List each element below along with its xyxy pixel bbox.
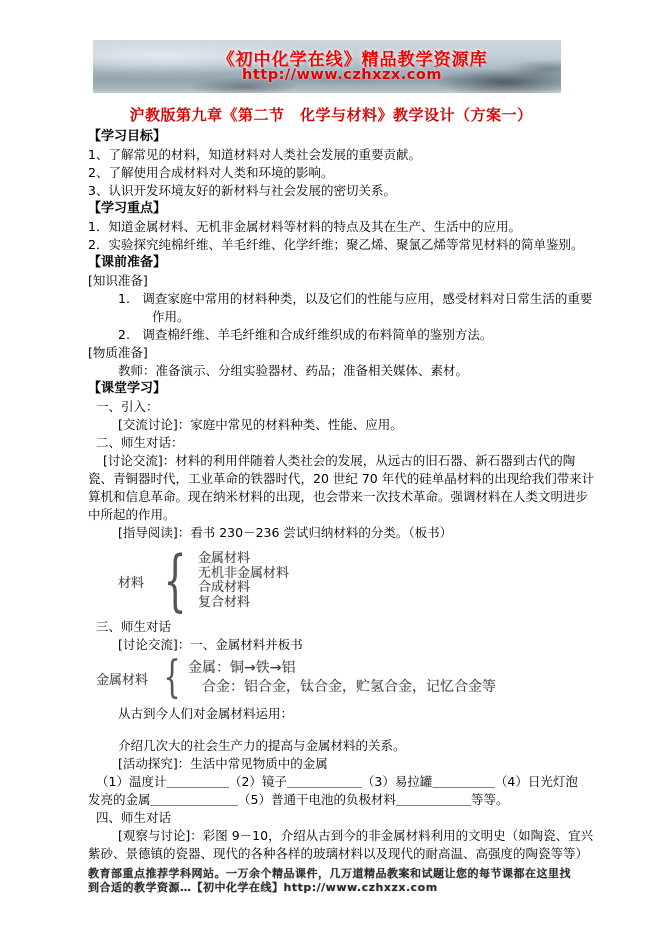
diagram-items: 金属：铜→铁→铝 合金：铝合金，钛合金，贮氢合金，记忆合金等 — [188, 659, 496, 697]
doc-line: 2、了解使用合成材料对人类和环境的影响。 — [88, 164, 574, 182]
subsection-material-prep: [物质准备] — [88, 344, 574, 362]
diagram-label: 金属材料 — [96, 669, 148, 688]
doc-line: [交流讨论]：家庭中常见的材料种类、性能、应用。 — [88, 416, 574, 434]
document-title: 沪教版第九章《第二节 化学与材料》教学设计（方案一） — [88, 104, 574, 125]
site-banner-image: 《初中化学在线》精品教学资源库 http://www.czhxzx.com — [93, 40, 561, 93]
doc-line: 1. 调查家庭中常用的材料种类，以及它们的性能与应用，感受材料对日常生活的重要 — [88, 290, 574, 308]
doc-line: [讨论交流]：材料的利用伴随着人类社会的发展，从远古的旧石器、新石器到古代的陶 — [88, 452, 574, 470]
section-header-learning-goals: 【学习目标】 — [88, 128, 574, 146]
metal-material-diagram: 金属材料 { 金属：铜→铁→铝 合金：铝合金，钛合金，贮氢合金，记忆合金等 — [96, 659, 574, 697]
watermark-footer-text: 教育部重点推荐学科网站。一万余个精品课件，几万道精品教案和试题让您的每节课都在这… — [88, 867, 574, 895]
doc-line: 四、师生对话 — [88, 809, 574, 827]
doc-line-fill-blanks: 发亮的金属＿＿＿＿＿＿＿（5）普通干电池的负极材料＿＿＿＿＿＿等等。 — [88, 791, 574, 809]
blank-line — [88, 723, 574, 737]
doc-line: 从古到今人们对金属材料运用： — [88, 705, 574, 723]
doc-line: 瓷、青铜器时代，工业革命的铁器时代，20 世纪 70 年代的硅单晶材料的出现给我… — [88, 470, 574, 488]
doc-line: [指导阅读]：看书 230－236 尝试归纳材料的分类。（板书） — [88, 524, 574, 542]
doc-line: 2. 调查棉纤维、羊毛纤维和合成纤维织成的布料简单的鉴别方法。 — [88, 326, 574, 344]
material-classification-diagram: 材料 { 金属材料 无机非金属材料 合成材料 复合材料 — [118, 552, 574, 610]
doc-line: 1．知道金属材料、无机非金属材料等材料的特点及其在生产、生活中的应用。 — [88, 218, 574, 236]
doc-line: 作用。 — [88, 308, 574, 326]
banner-site-url: http://www.czhxzx.com — [123, 67, 561, 83]
diagram-item: 合金：铝合金，钛合金，贮氢合金，记忆合金等 — [188, 678, 496, 697]
diagram-item: 复合材料 — [198, 596, 289, 611]
doc-line: 2．实验探究纯棉纤维、羊毛纤维、化学纤维；聚乙烯、聚氯乙烯等常见材料的简单鉴别。 — [88, 236, 574, 254]
doc-line: 一、引入： — [88, 398, 574, 416]
doc-line: 3、认识开发环境友好的新材料与社会发展的密切关系。 — [88, 182, 574, 200]
doc-line: 三、师生对话 — [88, 618, 574, 636]
doc-line-fill-blanks: （1）温度计＿＿＿＿＿（2）镜子＿＿＿＿＿＿（3）易拉罐＿＿＿＿＿（4）日光灯泡 — [88, 773, 574, 791]
doc-line: 教师：准备演示、分组实验器材、药品；准备相关媒体、素材。 — [88, 362, 574, 380]
doc-line: 中所起的作用。 — [88, 506, 574, 524]
doc-line: 二、师生对话： — [88, 434, 574, 452]
doc-line: [讨论交流]：一、金属材料并板书 — [88, 636, 574, 654]
doc-line: 紫砂、景德镇的瓷器、现代的各种各样的玻璃材料以及现代的耐高温、高强度的陶瓷等等） — [88, 845, 574, 863]
diagram-item: 无机非金属材料 — [198, 567, 289, 582]
diagram-item: 金属：铜→铁→铝 — [188, 659, 496, 678]
diagram-item: 金属材料 — [198, 552, 289, 567]
section-header-classroom-learning: 【课堂学习】 — [88, 380, 574, 398]
doc-line: 1、了解常见的材料，知道材料对人类社会发展的重要贡献。 — [88, 146, 574, 164]
diagram-items: 金属材料 无机非金属材料 合成材料 复合材料 — [198, 552, 289, 610]
diagram-label: 材料 — [118, 572, 144, 591]
doc-line: [活动探究]：生活中常见物质中的金属 — [88, 755, 574, 773]
section-header-key-points: 【学习重点】 — [88, 200, 574, 218]
document-content: 《初中化学在线》精品教学资源库 http://www.czhxzx.com 沪教… — [88, 40, 574, 895]
subsection-knowledge-prep: [知识准备] — [88, 272, 574, 290]
doc-line: 介绍几次大的社会生产力的提高与金属材料的关系。 — [88, 737, 574, 755]
section-header-preparation: 【课前准备】 — [88, 254, 574, 272]
doc-line: 算机和信息革命。现在纳米材料的出现，也会带来一次技术革命。强调材料在人类文明进步 — [88, 488, 574, 506]
diagram-item: 合成材料 — [198, 581, 289, 596]
doc-line: [观察与讨论]：彩图 9－10，介绍从古到今的非金属材料利用的文明史（如陶瓷、宜… — [88, 827, 574, 845]
document-page: 《初中化学在线》精品教学资源库 http://www.czhxzx.com 沪教… — [0, 0, 661, 935]
